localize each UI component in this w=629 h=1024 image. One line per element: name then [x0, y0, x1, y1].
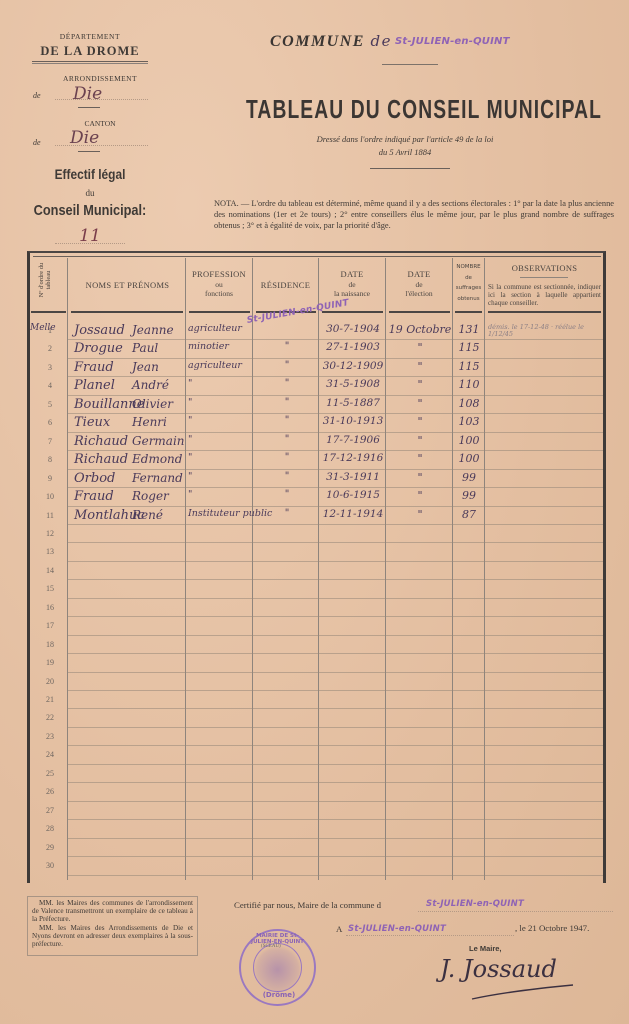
row-number: 13: [40, 547, 60, 556]
cell-naissance: 27-1-1903: [320, 341, 386, 353]
mairie-seal: MAIRIE DE St-JULIEN-EN-QUINT (SCEAU) (Dr…: [239, 929, 316, 1006]
row-rule: [68, 358, 603, 359]
departement-label: DÉPARTEMENT: [30, 32, 150, 41]
commune-word: COMMUNE: [270, 33, 365, 50]
header-rule-election: [389, 311, 450, 313]
col-divider-residence: [318, 258, 319, 880]
cell-naissance: 17-12-1916: [320, 452, 386, 464]
cell-prenom: Henri: [132, 415, 186, 429]
cell-nom: Drogue: [74, 341, 134, 356]
cell-naissance: 12-11-1914: [320, 508, 386, 520]
cell-suffrages: 103: [454, 415, 484, 428]
cell-observations: démis. le 17-12-48 · réélue le 1/12/45: [488, 324, 600, 338]
header-suffrages: NOMBRE de suffrages obtenus: [453, 262, 484, 304]
effectif-label-line2: du: [20, 188, 160, 198]
cell-suffrages: 100: [454, 434, 484, 447]
row-rule: [68, 616, 603, 617]
instructions-para1: MM. les Maires des communes de l'arrondi…: [32, 900, 193, 923]
cell-residence: ": [262, 378, 312, 389]
cell-residence: ": [262, 452, 312, 463]
row-number: 30: [40, 861, 60, 870]
cell-election: ": [387, 508, 453, 521]
cell-prenom: Olivier: [132, 397, 186, 411]
cell-suffrages: 115: [454, 360, 484, 373]
col-divider-suffrages: [484, 258, 485, 880]
cell-election: ": [387, 360, 453, 373]
row-number: 28: [40, 824, 60, 833]
header-observations: OBSERVATIONS: [486, 264, 603, 274]
departement-rule: [32, 61, 148, 64]
cell-suffrages: 99: [454, 489, 484, 502]
cell-nom: Richaud: [74, 452, 134, 467]
header-residence: RÉSIDENCE: [253, 281, 318, 291]
subtitle-line2: du 5 Avril 1884: [260, 147, 550, 157]
commune-label: COMMUNE de: [270, 32, 392, 51]
commune-rule: [382, 64, 438, 65]
cell-residence: ": [262, 360, 312, 371]
cell-suffrages: 99: [454, 471, 484, 484]
cell-nom: Fraud: [74, 489, 134, 504]
col-divider-ordre: [67, 258, 68, 880]
cell-suffrages: 100: [454, 452, 484, 465]
header-rule-ordre: [31, 311, 66, 313]
place-line: [346, 935, 514, 936]
row-number: 8: [40, 455, 60, 464]
cell-naissance: 30-12-1909: [320, 360, 386, 372]
row-rule: [68, 487, 603, 488]
cell-election: 19 Octobre: [387, 323, 453, 336]
row-number: 9: [40, 474, 60, 483]
row-number: 22: [40, 713, 60, 722]
canton-rule: [78, 151, 100, 152]
cell-residence: ": [262, 397, 312, 408]
header-noms: NOMS ET PRÉNOMS: [70, 281, 185, 291]
row-rule: [68, 764, 603, 765]
row-number: 11: [40, 511, 60, 520]
row-rule: [68, 635, 603, 636]
cell-nom: Fraud: [74, 360, 134, 375]
row-rule: [68, 856, 603, 857]
maire-label: Le Maire,: [469, 944, 502, 953]
cell-suffrages: 87: [454, 508, 484, 521]
header-rule-profession: [189, 311, 250, 313]
cell-suffrages: 131: [454, 323, 484, 336]
effectif-label-line1: Effectif légal: [31, 166, 150, 182]
row-rule: [68, 801, 603, 802]
seal-emblem-icon: [253, 943, 302, 992]
cell-election: ": [387, 378, 453, 391]
commune-de: de: [370, 32, 391, 50]
cell-prenom: Jeanne: [132, 323, 186, 337]
seal-text-bottom: (Drôme): [249, 991, 309, 999]
cell-suffrages: 108: [454, 397, 484, 410]
cell-residence: ": [262, 489, 312, 500]
header-naissance: DATE de la naissance: [319, 270, 385, 299]
cell-prenom: Jean: [132, 360, 186, 374]
cell-naissance: 11-5-1887: [320, 397, 386, 409]
canton-label: CANTON: [50, 119, 150, 128]
canton-prefix: de: [33, 138, 41, 147]
row-rule: [68, 376, 603, 377]
cell-naissance: 31-10-1913: [320, 415, 386, 427]
row-number: 29: [40, 843, 60, 852]
row-number: 20: [40, 677, 60, 686]
place-label: A: [336, 924, 342, 934]
row-rule: [68, 782, 603, 783]
cell-residence: ": [262, 471, 312, 482]
instructions-para2: MM. les Maires des Arrondissements de Di…: [32, 925, 193, 948]
row-number: 6: [40, 418, 60, 427]
cell-profession: agriculteur: [188, 323, 298, 334]
certification-text: Certifié par nous, Maire de la commune d: [234, 900, 381, 910]
cell-naissance: 31-5-1908: [320, 378, 386, 390]
row-number: 19: [40, 658, 60, 667]
certification-date: , le 21 Octobre 1947.: [515, 923, 589, 933]
row-number: 16: [40, 603, 60, 612]
cell-prenom: Germain: [132, 434, 186, 448]
cell-election: ": [387, 489, 453, 502]
cell-nom: Planel: [74, 378, 134, 393]
cell-prenom: Paul: [132, 341, 186, 355]
cell-suffrages: 110: [454, 378, 484, 391]
cell-election: ": [387, 341, 453, 354]
arrondissement-label: ARRONDISSEMENT: [50, 74, 150, 83]
header-profession: PROFESSION ou fonctions: [186, 270, 252, 299]
cell-naissance: 10-6-1915: [320, 489, 386, 501]
cell-naissance: 31-3-1911: [320, 471, 386, 483]
header-ordre: Nº d'ordre du tableau: [30, 262, 66, 308]
commune-stamp: St-JULIEN-en-QUINT: [395, 36, 510, 47]
cell-residence: ": [262, 415, 312, 426]
row-number: 2: [40, 344, 60, 353]
cell-election: ": [387, 471, 453, 484]
cell-election: ": [387, 452, 453, 465]
header-rule-suffrages: [455, 311, 482, 313]
instructions-box: MM. les Maires des communes de l'arrondi…: [27, 896, 198, 956]
row-rule: [68, 727, 603, 728]
header-rule-observations: [488, 311, 601, 313]
certification-line: [418, 911, 613, 912]
row-rule: [68, 450, 603, 451]
row-number: 17: [40, 621, 60, 630]
header-rule-naissance: [322, 311, 383, 313]
row-number: 23: [40, 732, 60, 741]
cell-election: ": [387, 434, 453, 447]
subtitle-rule: [370, 168, 450, 169]
cell-prenom: Edmond: [132, 452, 186, 466]
table-top-inner-rule: [33, 256, 601, 257]
cell-prenom: André: [132, 378, 186, 392]
row-number: 27: [40, 806, 60, 815]
cell-nom: Tieux: [74, 415, 134, 430]
cell-prenom: Roger: [132, 489, 186, 503]
row-rule: [68, 542, 603, 543]
arrondissement-rule: [78, 107, 100, 108]
row-rule: [68, 524, 603, 525]
row-rule: [68, 395, 603, 396]
header-election: DATE de l'élection: [386, 270, 452, 299]
cell-residence: ": [262, 341, 312, 352]
arrondissement-prefix: de: [33, 91, 41, 100]
cell-naissance: 17-7-1906: [320, 434, 386, 446]
row-rule: [68, 413, 603, 414]
subtitle-line1: Dressé dans l'ordre indiqué par l'articl…: [260, 134, 550, 144]
row-rule: [68, 339, 603, 340]
row-rule: [68, 708, 603, 709]
cell-prefix: Melle: [30, 323, 62, 333]
row-rule: [68, 672, 603, 673]
cell-nom: Bouillanne: [74, 397, 134, 412]
row-rule: [68, 875, 603, 876]
header-rule-noms: [71, 311, 183, 313]
cell-residence: ": [262, 508, 312, 519]
row-number: 4: [40, 381, 60, 390]
row-rule: [68, 819, 603, 820]
page-title: TABLEAU DU CONSEIL MUNICIPAL: [246, 94, 602, 125]
effectif-label-line3: Conseil Municipal:: [22, 202, 158, 219]
nota-paragraph: NOTA. — L'ordre du tableau est déterminé…: [214, 198, 614, 231]
cell-nom: Jossaud: [74, 323, 134, 338]
cell-prenom: René: [132, 508, 186, 522]
row-rule: [68, 653, 603, 654]
row-number: 18: [40, 640, 60, 649]
cell-residence: ": [262, 434, 312, 445]
certification-stamp: St-JULIEN-en-QUINT: [426, 899, 524, 909]
cell-nom: Montlahuc: [74, 508, 134, 523]
cell-nom: Orbod: [74, 471, 134, 486]
departement-name: DE LA DROME: [28, 44, 152, 59]
cell-prenom: Fernand: [132, 471, 186, 485]
maire-signature: J. Jossaud: [440, 955, 557, 983]
row-rule: [68, 469, 603, 470]
effectif-value: 11: [55, 226, 125, 244]
cell-nom: Richaud: [74, 434, 134, 449]
row-number: 10: [40, 492, 60, 501]
cell-suffrages: 115: [454, 341, 484, 354]
canton-value: Die: [55, 128, 148, 146]
row-rule: [68, 598, 603, 599]
cell-election: ": [387, 397, 453, 410]
row-number: 5: [40, 400, 60, 409]
row-rule: [68, 838, 603, 839]
header-observations-note: Si la commune est sectionnée, indiquer i…: [488, 283, 601, 307]
row-number: 7: [40, 437, 60, 446]
row-number: 21: [40, 695, 60, 704]
row-rule: [68, 745, 603, 746]
row-number: 14: [40, 566, 60, 575]
row-number: 25: [40, 769, 60, 778]
row-rule: [68, 579, 603, 580]
arrondissement-value: Die: [55, 84, 148, 100]
cell-naissance: 30-7-1904: [320, 323, 386, 335]
signature-flourish-icon: [470, 983, 575, 1003]
row-rule: [68, 690, 603, 691]
seal-small-text: (SCEAU): [261, 944, 281, 949]
row-rule: [68, 506, 603, 507]
row-rule: [68, 432, 603, 433]
cell-election: ": [387, 415, 453, 428]
row-number: 3: [40, 363, 60, 372]
row-number: 26: [40, 787, 60, 796]
row-number: 15: [40, 584, 60, 593]
row-number: 12: [40, 529, 60, 538]
place-stamp: St-JULIEN-en-QUINT: [348, 924, 446, 934]
row-number: 24: [40, 750, 60, 759]
observations-rule: [520, 277, 568, 278]
row-rule: [68, 561, 603, 562]
